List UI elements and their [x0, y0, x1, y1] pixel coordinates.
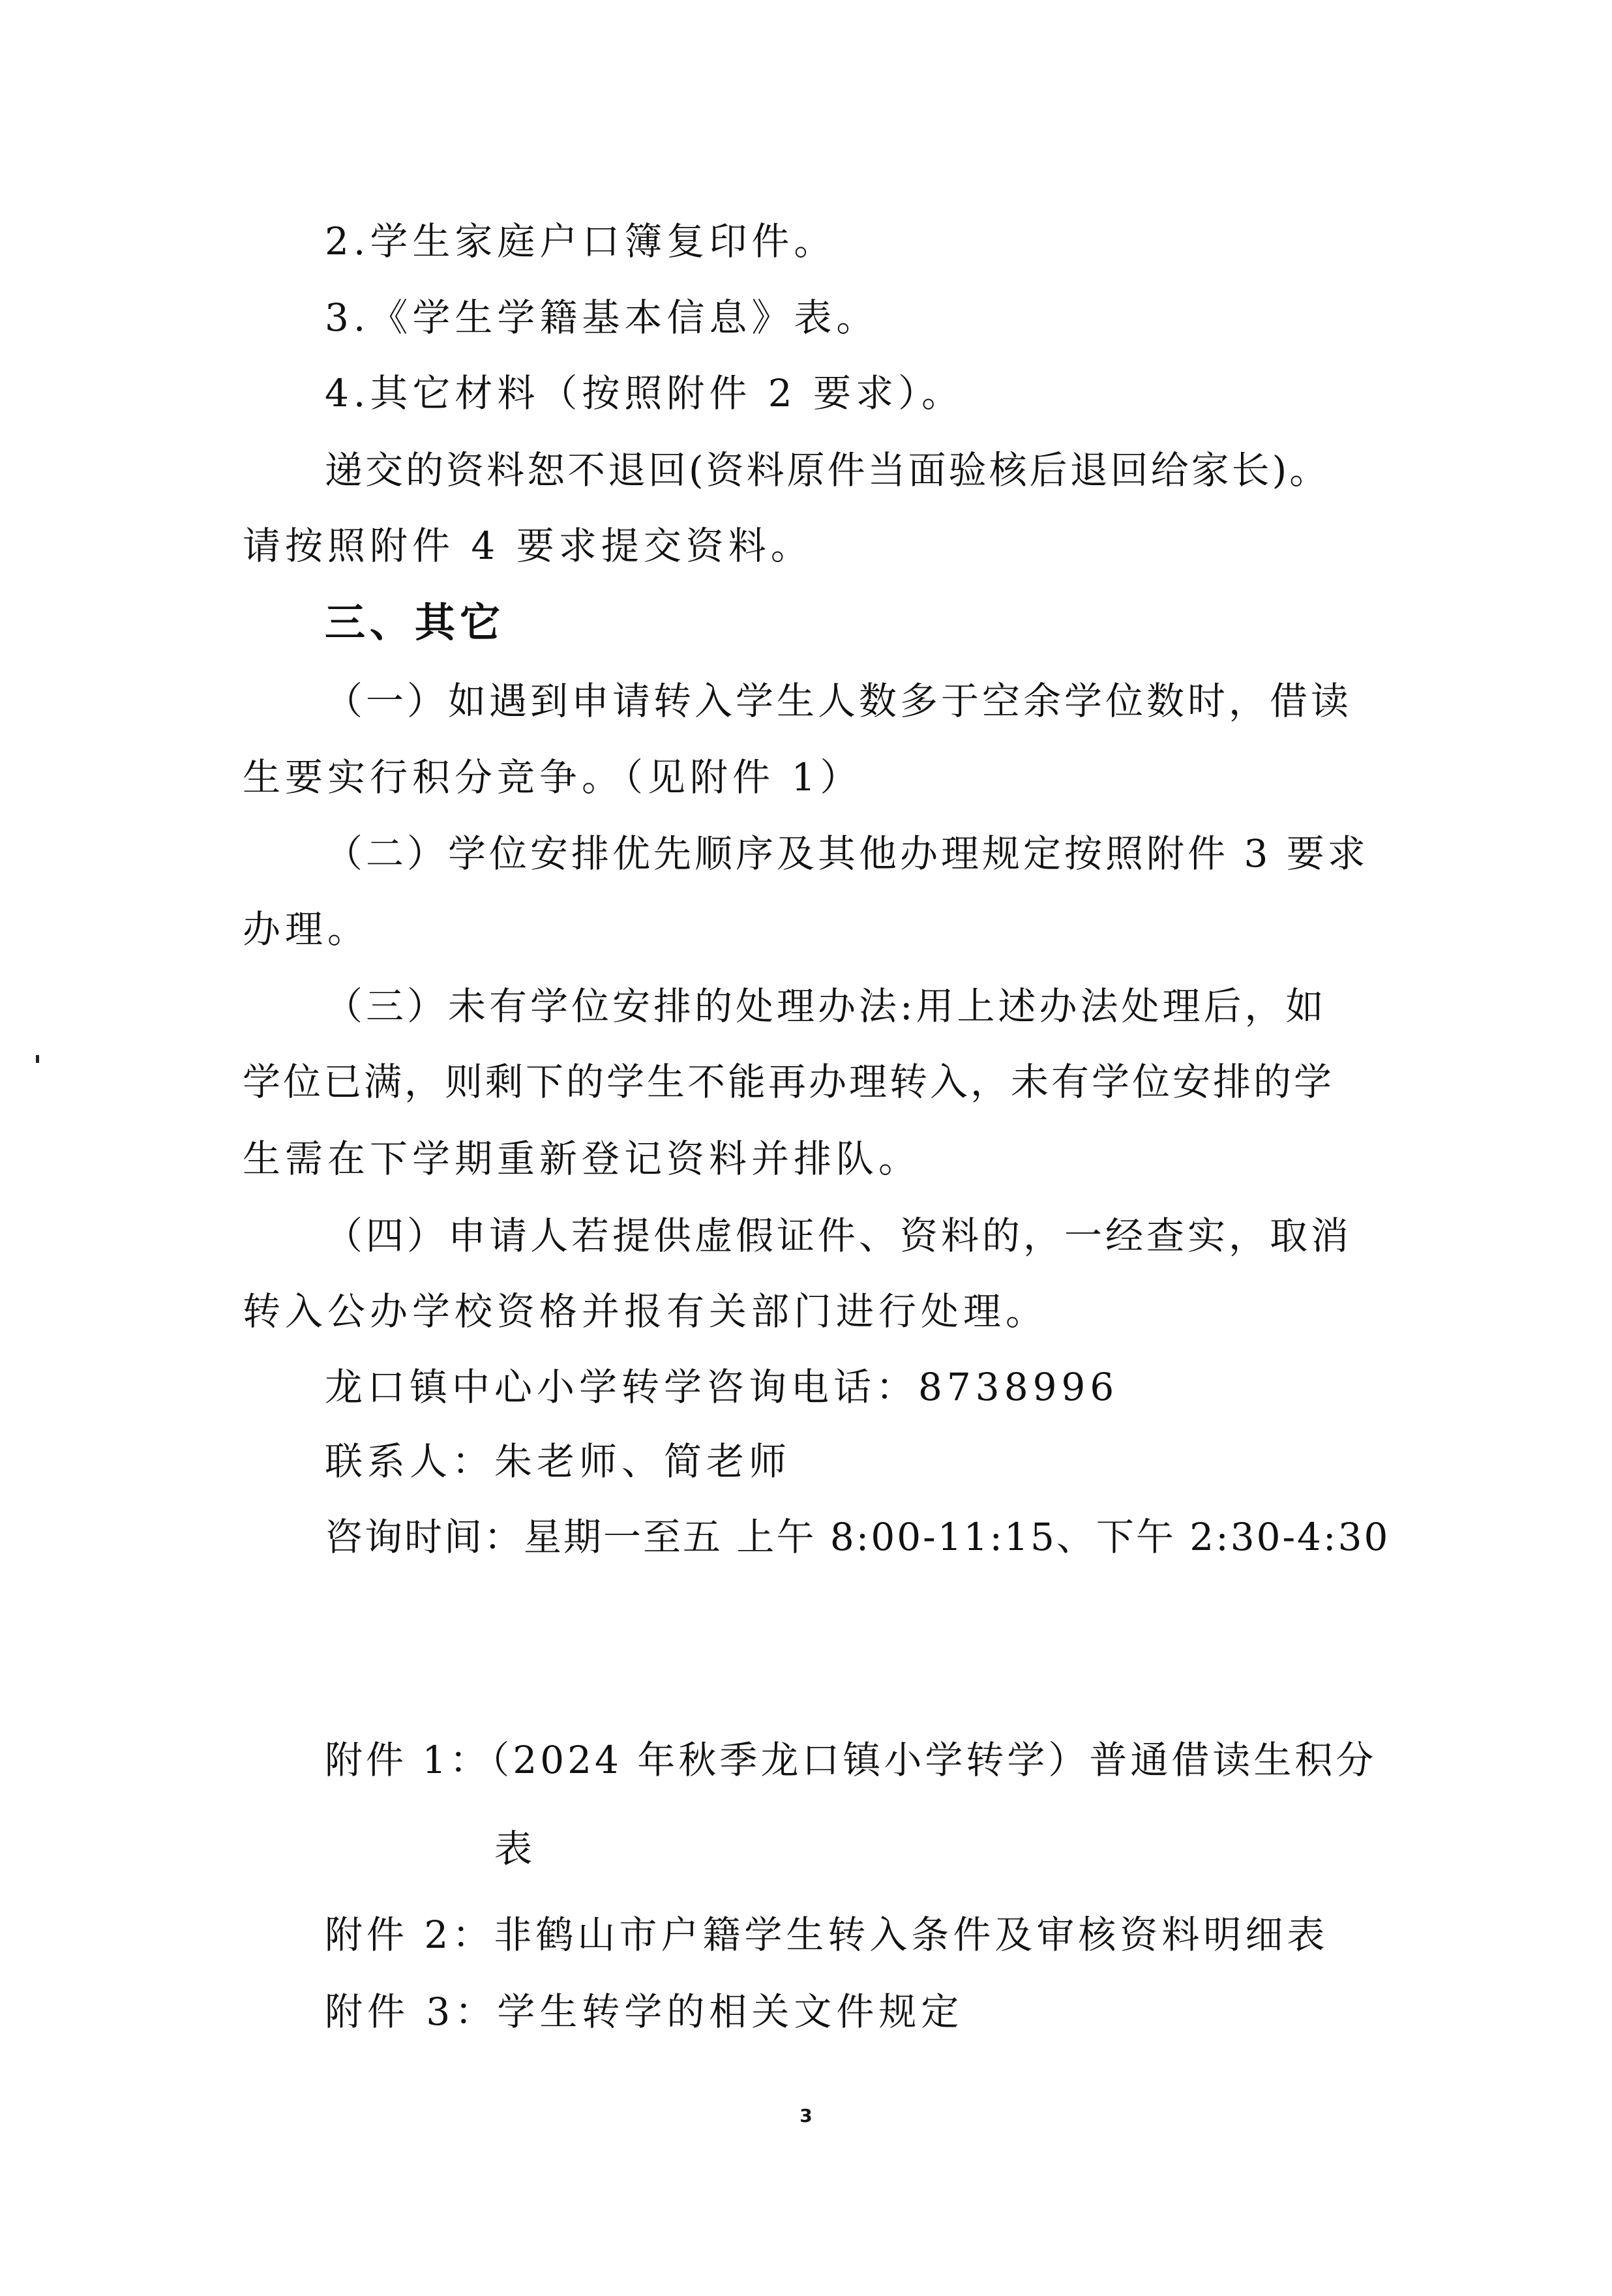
contact-phone: 龙口镇中心小学转学咨询电话：8738996: [325, 1364, 1118, 1410]
clause-3-line-1: （三）未有学位安排的处理办法:用上述办法处理后，如: [325, 983, 1327, 1029]
page-number: 3: [799, 2105, 812, 2126]
attachment-1-line-1: 附件 1：（2024 年秋季龙口镇小学转学）普通借读生积分: [325, 1737, 1377, 1783]
contact-person: 联系人：朱老师、简老师: [325, 1439, 791, 1484]
section-heading-other: 三、其它: [325, 600, 505, 646]
document-page: 2.学生家庭户口簿复印件。 3.《学生学籍基本信息》表。 4.其它材料（按照附件…: [0, 0, 1612, 2296]
clause-4-line-2: 转入公办学校资格并报有关部门进行处理。: [243, 1289, 1048, 1334]
clause-3-line-3: 生需在下学期重新登记资料并排队。: [243, 1136, 921, 1182]
material-item-2: 2.学生家庭户口簿复印件。: [325, 218, 836, 264]
clause-4-line-1: （四）申请人若提供虚假证件、资料的，一经查实，取消: [325, 1213, 1352, 1259]
submission-note-line-1: 递交的资料恕不退回(资料原件当面验核后退回给家长)。: [325, 447, 1330, 493]
material-item-3: 3.《学生学籍基本信息》表。: [325, 295, 878, 340]
material-item-4: 4.其它材料（按照附件 2 要求）。: [325, 370, 964, 416]
clause-1-line-2: 生要实行积分竞争。（见附件 1）: [243, 754, 862, 800]
clause-1-line-1: （一）如遇到申请转入学生人数多于空余学位数时，借读: [325, 678, 1352, 724]
clause-2-line-2: 办理。: [243, 906, 370, 952]
contact-hours: 咨询时间：星期一至五 上午 8:00-11:15、下午 2:30-4:30: [325, 1514, 1390, 1560]
attachment-1-line-2: 表: [494, 1826, 537, 1871]
submission-note-line-2: 请按照附件 4 要求提交资料。: [243, 523, 813, 569]
clause-3-line-2: 学位已满，则剩下的学生不能再办理转入，未有学位安排的学: [243, 1059, 1334, 1105]
attachment-2: 附件 2：非鹤山市户籍学生转入条件及审核资料明细表: [325, 1912, 1328, 1958]
clause-2-line-1: （二）学位安排优先顺序及其他办理规定按照附件 3 要求: [325, 831, 1369, 876]
scan-speck: [36, 1055, 39, 1063]
attachment-3: 附件 3：学生转学的相关文件规定: [325, 1989, 963, 2035]
